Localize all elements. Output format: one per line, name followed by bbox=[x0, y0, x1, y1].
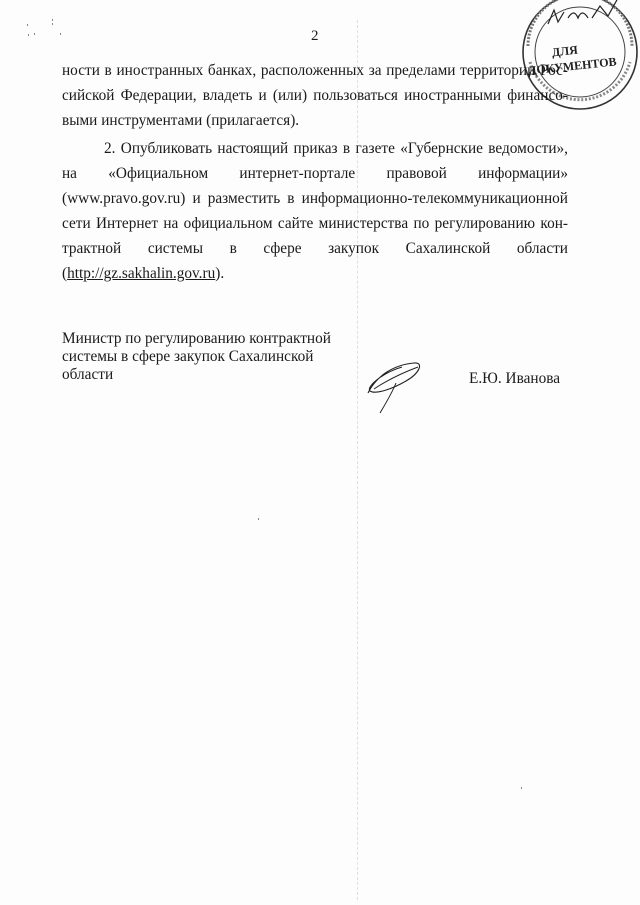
signatory-name: Е.Ю. Иванова bbox=[469, 370, 560, 388]
text-line: сийской Федерации, владеть и (или) польз… bbox=[62, 83, 568, 108]
handwritten-signature-icon bbox=[362, 355, 432, 415]
scan-speck bbox=[52, 19, 53, 21]
signatory-position: Министр по регулированию контрактной сис… bbox=[62, 330, 342, 384]
scan-speck bbox=[28, 34, 29, 36]
text-line: на «Официальном интернет-портале правово… bbox=[62, 161, 568, 186]
position-line: системы в сфере закупок Сахалинской bbox=[62, 348, 342, 366]
position-line: области bbox=[62, 366, 342, 384]
scan-speck bbox=[258, 518, 259, 520]
text-line: сети Интернет на официальном сайте минис… bbox=[62, 211, 568, 236]
scan-speck bbox=[27, 24, 28, 26]
text-line: ности в иностранных банках, расположенны… bbox=[62, 58, 568, 83]
scan-speck bbox=[60, 33, 61, 35]
text-line: выми инструментами (прилагается). bbox=[62, 108, 568, 133]
page-number: 2 bbox=[311, 28, 319, 45]
text-line: трактной системы в сфере закупок Сахалин… bbox=[62, 236, 568, 261]
paragraph-publish-order: 2. Опубликовать настоящий приказ в газет… bbox=[62, 136, 568, 286]
scan-speck bbox=[521, 787, 522, 789]
text-line: 2. Опубликовать настоящий приказ в газет… bbox=[62, 136, 568, 161]
scan-speck bbox=[52, 23, 53, 25]
scan-speck bbox=[34, 33, 35, 35]
text-line: (www.pravo.gov.ru) и разместить в информ… bbox=[62, 186, 568, 211]
position-line: Министр по регулированию контрактной bbox=[62, 330, 342, 348]
website-link[interactable]: http://gz.sakhalin.gov.ru bbox=[67, 265, 215, 282]
text-line-link: (http://gz.sakhalin.gov.ru). bbox=[62, 261, 568, 286]
paragraph-continuation: ности в иностранных банках, расположенны… bbox=[62, 58, 568, 133]
document-page: 2 ДЛЯ ДОКУМЕНТОВ ности в иностранных бан… bbox=[0, 0, 640, 905]
link-suffix: ). bbox=[215, 265, 224, 282]
